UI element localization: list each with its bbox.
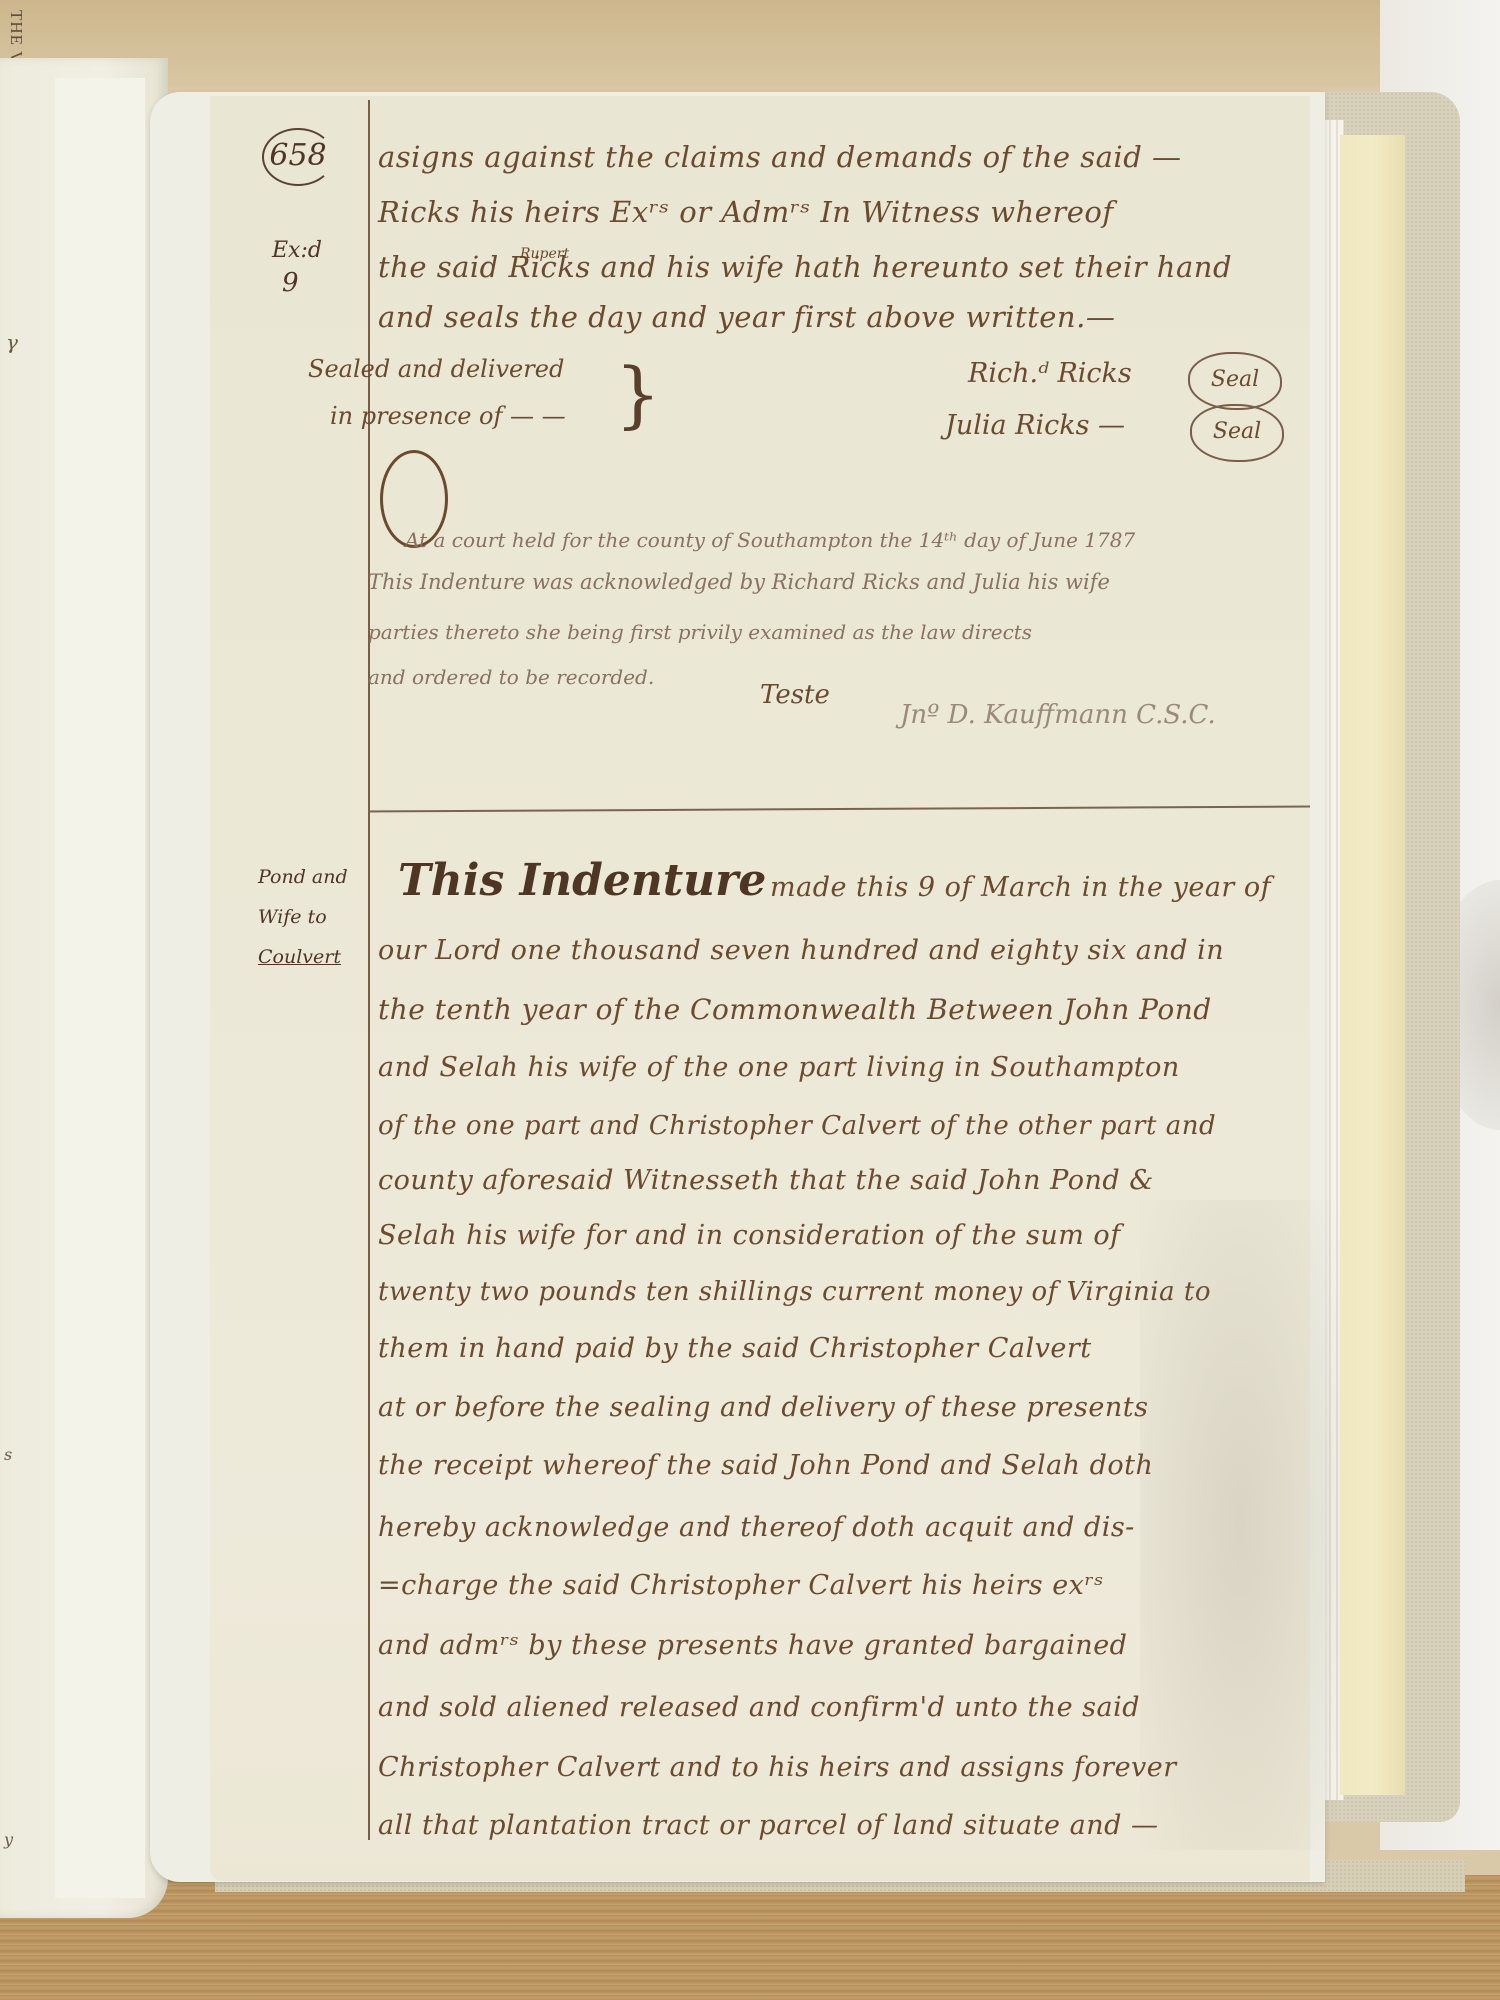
attestation-line: in presence of — — [330, 402, 566, 430]
teste-mark: Teste [760, 680, 830, 710]
vellum-flap [1340, 135, 1405, 1795]
deed-line: and admʳˢ by these presents have granted… [378, 1630, 1127, 1661]
seal-mark: Seal [1190, 404, 1284, 462]
index-note: Pond and [258, 866, 348, 888]
index-note: Wife to [258, 906, 327, 928]
deed-line: of the one part and Christopher Calvert … [378, 1111, 1216, 1141]
exam-mark: Ex:d [272, 238, 322, 263]
deed-line: asigns against the claims and demands of… [378, 140, 1182, 174]
deed-line: hereby acknowledge and thereof doth acqu… [378, 1512, 1135, 1543]
deed-line: our Lord one thousand seven hundred and … [378, 935, 1224, 966]
deed-line: made this 9 of March in the year of [770, 872, 1271, 903]
deed-line: and seals the day and year first above w… [378, 300, 1115, 334]
deed-line: =charge the said Christopher Calvert his… [378, 1570, 1104, 1601]
signature-richard-ricks: Rich.ᵈ Ricks [968, 358, 1132, 389]
deed-title: This Indenture [398, 855, 766, 906]
court-line: and ordered to be recorded. [368, 665, 654, 689]
deed-line: county aforesaid Witnesseth that the sai… [378, 1165, 1154, 1196]
page-number: 658 [262, 128, 334, 186]
deed-line: them in hand paid by the said Christophe… [378, 1333, 1092, 1364]
attestation-line: Sealed and delivered [308, 355, 564, 383]
deed-line: the said Ricks and his wife hath hereunt… [378, 250, 1232, 284]
court-line: At a court held for the county of Southa… [405, 528, 1135, 552]
index-note: Coulvert [258, 946, 341, 968]
clerk-signature: Jnº D. Kauffmann C.S.C. [900, 700, 1216, 730]
left-page-mark: y [4, 1830, 13, 1849]
attestation-brace: } [615, 352, 661, 436]
seal-mark: Seal [1188, 352, 1282, 410]
deed-line: the tenth year of the Commonwealth Betwe… [378, 993, 1212, 1026]
deed-line: all that plantation tract or parcel of l… [378, 1810, 1158, 1841]
deed-line: Ricks his heirs Exʳˢ or Admʳˢ In Witness… [378, 195, 1114, 229]
deed-line: and Selah his wife of the one part livin… [378, 1052, 1180, 1083]
court-line: This Indenture was acknowledged by Richa… [368, 570, 1110, 594]
left-page [0, 58, 168, 1918]
left-page-mark: γ [6, 330, 18, 354]
deed-line: and sold aliened released and confirm'd … [378, 1692, 1140, 1723]
deed-line: the receipt whereof the said John Pond a… [378, 1450, 1153, 1481]
deed-line: twenty two pounds ten shillings current … [378, 1277, 1211, 1307]
left-page-mark: s [4, 1445, 12, 1464]
signature-julia-ricks: Julia Ricks — [945, 410, 1125, 441]
deed-line: at or before the sealing and delivery of… [378, 1392, 1148, 1423]
deed-line: Selah his wife for and in consideration … [378, 1220, 1121, 1251]
court-line: parties thereto she being first privily … [368, 620, 1032, 644]
left-page-guard-strip [55, 78, 145, 1898]
deed-line: Christopher Calvert and to his heirs and… [378, 1752, 1177, 1783]
wooden-table [0, 1875, 1500, 2000]
exam-mark-flourish: 9 [282, 268, 299, 298]
